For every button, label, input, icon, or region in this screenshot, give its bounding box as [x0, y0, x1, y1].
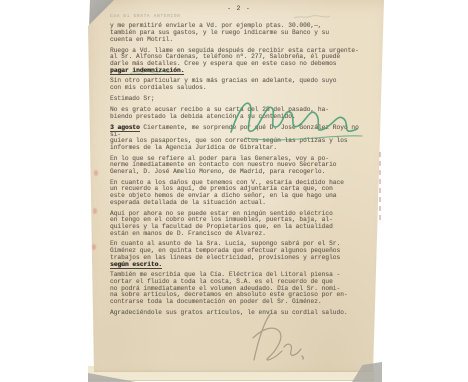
- paragraph: En lo que se refiere al poder para las G…: [110, 156, 368, 176]
- left-margin-smudge: [92, 244, 96, 250]
- paragraph: Sin otro particular y mis más gracias en…: [110, 78, 368, 91]
- paragraph: Aquí por ahora no se puede estar en ning…: [110, 211, 368, 238]
- green-ink-signature: [225, 92, 367, 146]
- scanned-letter-page-2: - 2 - Con mi GRATA ANTERIOR y me permiti…: [0, 0, 468, 382]
- left-margin-smudge: [94, 170, 98, 176]
- paragraph: También me escribía que la Cía. Eléctric…: [110, 272, 368, 306]
- paragraph-text: Sin otro particular y mis más gracias en…: [110, 77, 337, 91]
- pencil-signature: [238, 308, 316, 366]
- paragraph-text: En cuanto al asunto de la Sra. Lucía, su…: [110, 240, 340, 260]
- paragraph: y me permitiré enviarle a Vd. por ejempl…: [110, 23, 368, 43]
- paragraph: En cuanto al asunto de la Sra. Lucía, su…: [110, 241, 368, 268]
- paragraph-text: En cuanto a los daños que tenemos con V.…: [110, 179, 344, 206]
- letter-paper: - 2 - Con mi GRATA ANTERIOR y me permiti…: [80, 0, 392, 382]
- paragraph-text: y me permitiré enviarle a Vd. por ejempl…: [110, 22, 329, 42]
- letter-body: - 2 - Con mi GRATA ANTERIOR y me permiti…: [110, 4, 368, 320]
- paragraph-text: En lo que se refiere al poder para las G…: [110, 155, 337, 175]
- paragraph: En cuanto a los daños que tenemos con V.…: [110, 180, 368, 207]
- left-margin-smudge: [93, 208, 97, 214]
- right-margin-marks: [379, 152, 381, 220]
- paragraph-text: También me escribía que la Cía. Eléctric…: [110, 271, 348, 305]
- paragraph-text: Aquí por ahora no se puede estar en ning…: [110, 210, 333, 237]
- faint-annotation: [292, 12, 332, 22]
- paragraph-text: Ruego a Vd. llame en seguida después de …: [110, 47, 359, 67]
- faint-green-annotation: [126, 68, 172, 78]
- emphasized-phrase: según escrito.: [110, 261, 162, 269]
